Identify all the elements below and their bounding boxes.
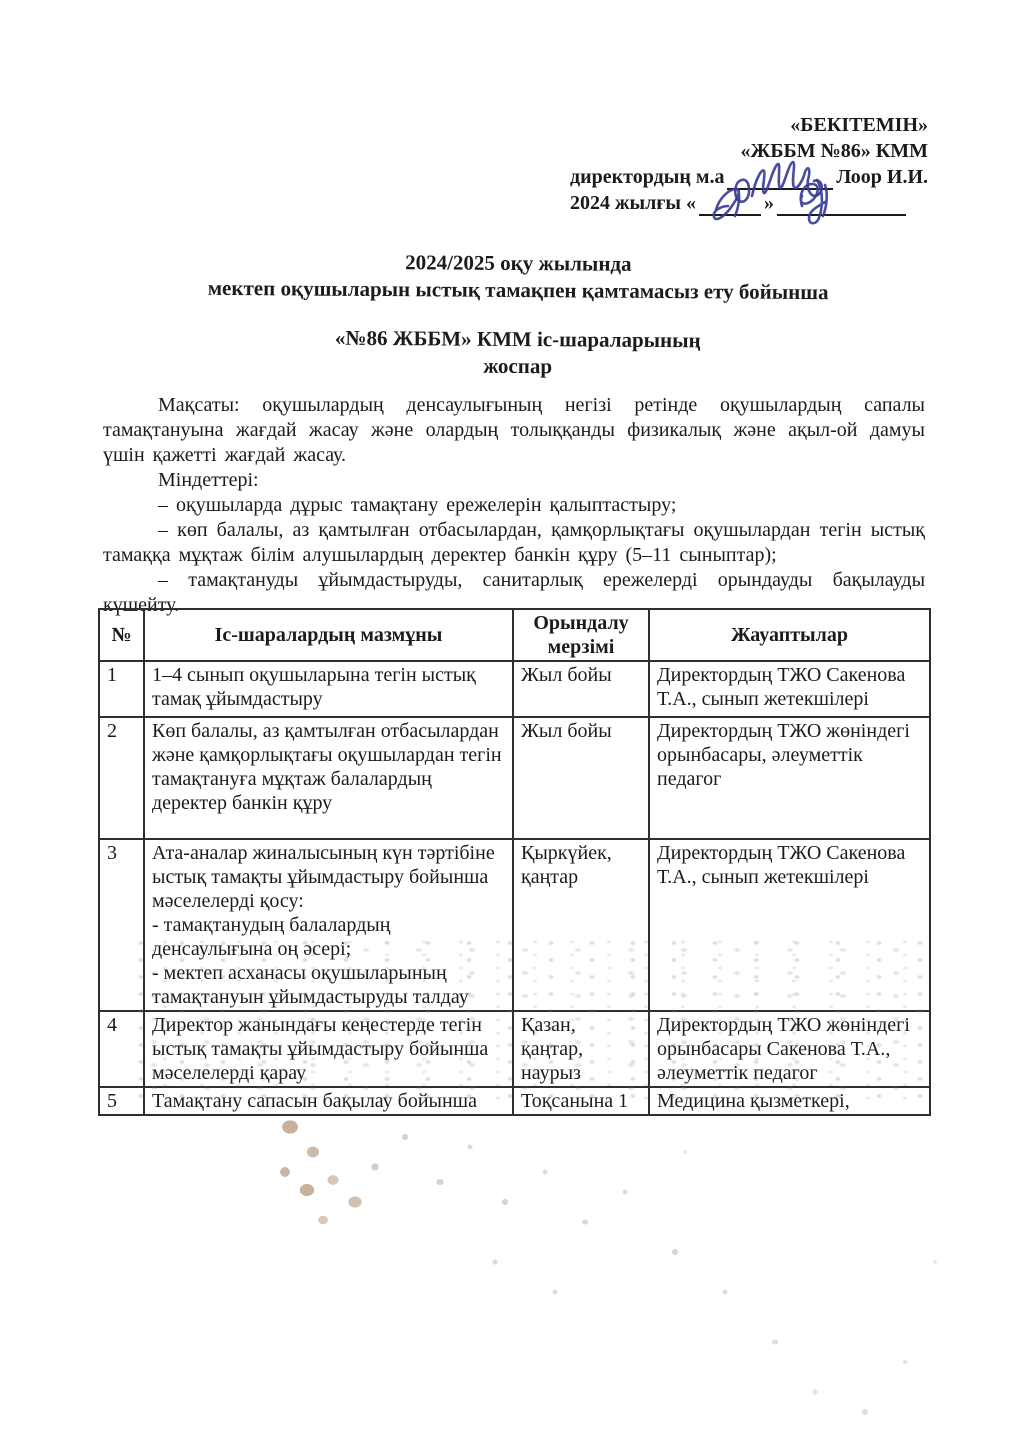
- row-responsible: Директордың ТЖО жөніндегі орынбасары, әл…: [649, 717, 930, 839]
- row-number: 4: [99, 1011, 144, 1087]
- approval-line-2: «ЖББМ №86» КММ: [570, 138, 928, 164]
- table-row: 5 Тамақтану сапасын бақылау бойынша Тоқс…: [99, 1087, 930, 1115]
- row-number: 5: [99, 1087, 144, 1115]
- activities-table: № Іс-шаралардың мазмұны Орындалу мерзімі…: [98, 608, 931, 1116]
- row-content: Ата-аналар жиналысының күн тәртібіне ыст…: [144, 839, 513, 1011]
- signature-blank-line: [727, 166, 833, 190]
- approval-block: «БЕКІТЕМІН» «ЖББМ №86» КММ директордың м…: [570, 112, 928, 216]
- goal-paragraph: Мақсаты: оқушылардың денсаулығының негіз…: [103, 393, 925, 468]
- intro-section: Мақсаты: оқушылардың денсаулығының негіз…: [103, 393, 925, 618]
- approval-director-label: директордың м.а: [570, 164, 724, 190]
- date-month-blank: [777, 192, 906, 216]
- approval-director-name: Лоор И.И.: [836, 164, 928, 190]
- document-title: 2024/2025 оқу жылында мектеп оқушыларын …: [112, 247, 925, 383]
- row-number: 2: [99, 717, 144, 839]
- scan-noise-speckles: [255, 1112, 965, 1438]
- approval-line-4: 2024 жылғы « »: [570, 190, 928, 216]
- scanned-document-page: «БЕКІТЕМІН» «ЖББМ №86» КММ директордың м…: [0, 0, 1024, 1440]
- row-content: Директор жанындағы кеңестерде тегін ысты…: [144, 1011, 513, 1087]
- row-term: Тоқсанына 1: [513, 1087, 649, 1115]
- row-content: 1–4 сынып оқушыларына тегін ыстық тамақ …: [144, 661, 513, 717]
- header-cell-term: Орындалу мерзімі: [513, 609, 649, 661]
- row-content: Көп балалы, аз қамтылған отбасылардан жә…: [144, 717, 513, 839]
- header-cell-number: №: [99, 609, 144, 661]
- title-line-2: мектеп оқушыларын ыстық тамақпен қамтама…: [112, 274, 924, 307]
- table-row: 3 Ата-аналар жиналысының күн тәртібіне ы…: [99, 839, 930, 1011]
- task-item: – оқушыларда дұрыс тамақтану ережелерін …: [103, 493, 925, 518]
- header-cell-content: Іс-шаралардың мазмұны: [144, 609, 513, 661]
- table-row: 4 Директор жанындағы кеңестерде тегін ыс…: [99, 1011, 930, 1087]
- table-row: 1 1–4 сынып оқушыларына тегін ыстық тама…: [99, 661, 930, 717]
- approval-date-prefix: 2024 жылғы «: [570, 190, 696, 216]
- row-content: Тамақтану сапасын бақылау бойынша: [144, 1087, 513, 1115]
- table-row: 2 Көп балалы, аз қамтылған отбасылардан …: [99, 717, 930, 839]
- row-term: Жыл бойы: [513, 661, 649, 717]
- row-term: Қазан, қаңтар, наурыз: [513, 1011, 649, 1087]
- approval-quote-close: »: [764, 190, 774, 216]
- title-line-4: жоспар: [112, 350, 924, 383]
- row-term: Жыл бойы: [513, 717, 649, 839]
- row-number: 1: [99, 661, 144, 717]
- row-number: 3: [99, 839, 144, 1011]
- row-responsible: Директордың ТЖО жөніндегі орынбасары Сак…: [649, 1011, 930, 1087]
- task-item: – көп балалы, аз қамтылған отбасылардан,…: [103, 518, 925, 568]
- table-header-row: № Іс-шаралардың мазмұны Орындалу мерзімі…: [99, 609, 930, 661]
- row-responsible: Медицина қызметкері,: [649, 1087, 930, 1115]
- approval-line-3: директордың м.а Лоор И.И.: [570, 164, 928, 190]
- date-day-blank: [699, 192, 761, 216]
- row-term: Қыркүйек, қаңтар: [513, 839, 649, 1011]
- row-responsible: Директордың ТЖО Сакенова Т.А., сынып жет…: [649, 661, 930, 717]
- header-cell-responsible: Жауаптылар: [649, 609, 930, 661]
- approval-line-1: «БЕКІТЕМІН»: [570, 112, 928, 138]
- row-responsible: Директордың ТЖО Сакенова Т.А., сынып жет…: [649, 839, 930, 1011]
- tasks-label: Міндеттері:: [103, 468, 925, 493]
